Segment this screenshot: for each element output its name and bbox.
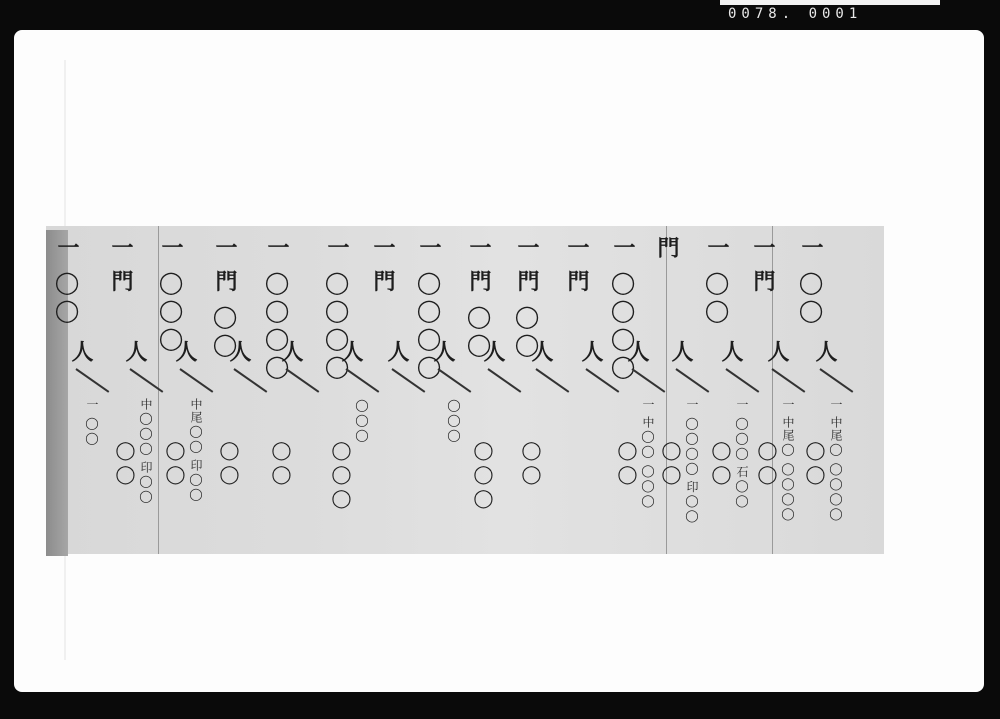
column-suffix: 人 [670,340,692,364]
column-amount: ◯◯ [272,440,290,488]
column-annotation: 中尾◯◯ 印◯◯ [190,398,202,502]
column-suffix: 人 [720,340,742,364]
column-suffix: 人 [482,340,504,364]
column-amount: ◯◯ [618,440,636,488]
column-heading: 一 門 [566,236,588,294]
column-suffix: 人 [432,340,454,364]
column-suffix: 人 [228,340,250,364]
column-suffix: 人 [530,340,552,364]
column-suffix: 人 [580,340,602,364]
column-amount: ◯◯◯ [332,440,350,512]
column-annotation: 一 中尾◯ ◯◯◯◯ [782,398,794,522]
column-annotation: ◯◯◯ [356,398,368,443]
column-annotation: 一 中◯◯ ◯◯◯ [642,398,654,509]
column-amount: ◯◯ [712,440,730,488]
column-heading: 一 ◯◯ [800,236,822,326]
column-heading: 一 門 [110,236,132,294]
column-amount: ◯◯ [522,440,540,488]
column-annotation: 中◯◯◯ 印◯◯ [140,398,152,504]
frame-id: 0078. 0001 [728,6,862,22]
column-suffix: 人 [174,340,196,364]
column-suffix: 人 [280,340,302,364]
column-suffix: 人 [626,340,648,364]
column-amount: ◯◯ [166,440,184,488]
column-heading: 一 門 [372,236,394,294]
column-amount: ◯◯◯ [474,440,492,512]
column-suffix: 人 [766,340,788,364]
column-heading: 一 ◯◯◯ [160,236,182,354]
column-annotation: 一 ◯◯◯◯ 印◯◯ [686,398,698,524]
film-top-strip [720,0,940,5]
column-suffix: 人 [70,340,92,364]
column-annotation: 一 ◯◯ [86,398,98,446]
column-annotation: 一 中尾◯ ◯◯◯◯ [830,398,842,522]
column-amount: ◯◯ [662,440,680,488]
column-heading: 一 門 [752,236,774,294]
column-amount: ◯◯ [116,440,134,488]
column-suffix: 人 [340,340,362,364]
column-suffix: 人 [814,340,836,364]
column-annotation: ◯◯◯ [448,398,460,443]
column-heading: 一 ◯◯ [706,236,728,326]
column-annotation: 一 ◯◯◯ 石◯◯ [736,398,748,509]
column-heading: 一 ◯◯ [56,236,78,326]
column-amount: ◯◯ [758,440,776,488]
column-suffix: 人 [386,340,408,364]
column-amount: ◯◯ [806,440,824,488]
column-suffix: 人 [124,340,146,364]
paper-fold-line [666,226,667,554]
column-amount: ◯◯ [220,440,238,488]
column-heading: 門 [656,236,678,260]
